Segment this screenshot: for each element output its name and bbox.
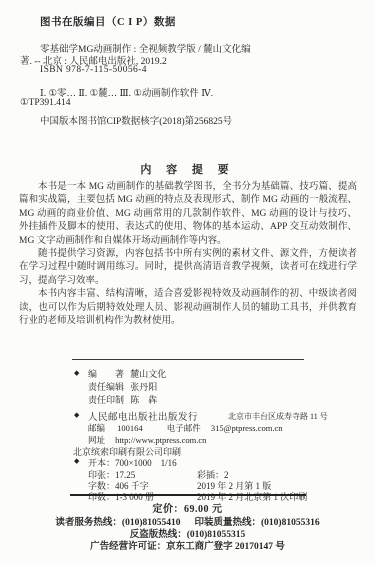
divider-rule-bottom [70, 494, 306, 496]
credit-value: 陈 犇 [130, 395, 157, 405]
abstract-paragraph-1: 本书是一本 MG 动画制作的基础教学图书，全书分为基础篇、技巧篇、提高篇和实战篇… [19, 181, 357, 248]
copyright-page: 图书在版编目（C I P）数据 零基础学MG动画制作 : 全视频教学版 / 麓山… [0, 0, 375, 565]
credit-label: 责任编辑 [88, 380, 128, 393]
cip-classification-line-2: ①TP391.414 [20, 97, 70, 108]
diamond-bullet-icon: ◆ [74, 411, 79, 419]
divider-rule-top [72, 359, 304, 360]
credit-label: 责任印制 [88, 393, 128, 406]
postal-label: 邮编 [88, 423, 105, 433]
credit-row-editor: 责任编辑 张丹阳 [88, 380, 157, 393]
credit-row-author: 编 著 麓山文化 [88, 367, 166, 380]
email-label: 电子邮件 [167, 423, 201, 433]
price: 定价：69.00 元 [0, 500, 375, 515]
email-value: 315@ptpress.com.cn [211, 423, 283, 433]
website-label: 网址 [88, 435, 105, 445]
website-value: http://www.ptpress.com.cn [115, 435, 206, 445]
postal-code: 100164 [117, 423, 143, 433]
publisher-name: 人民邮电出版社出版发行 [88, 409, 198, 423]
credit-value: 麓山文化 [130, 369, 166, 379]
abstract-paragraph-2: 随书提供学习资源，内容包括书中所有实例的素材文件、源文件，方便读者在学习过程中随… [19, 248, 357, 288]
cip-registry-number: 中国版本图书馆CIP数据核字(2018)第256825号 [40, 113, 232, 127]
publisher-address: 北京市丰台区成寿寺路 11 号 [228, 411, 328, 422]
abstract-body: 本书是一本 MG 动画制作的基础教学图书，全书分为基础篇、技巧篇、提高篇和实战篇… [19, 181, 357, 328]
isbn-line: ISBN 978-7-115-50056-4 [40, 65, 147, 75]
ad-license: 广告经营许可证：京东工商广登字 20170147 号 [0, 538, 375, 552]
credit-label: 编 著 [88, 367, 128, 380]
abstract-paragraph-3: 本书内容丰富、结构清晰，适合喜爱影视特效及动画制作的初、中级读者阅读，也可以作为… [19, 288, 357, 328]
diamond-bullet-icon: ◆ [74, 457, 79, 465]
diamond-bullet-icon: ◆ [74, 369, 79, 377]
abstract-title: 内 容 提 要 [0, 161, 375, 177]
credit-value: 张丹阳 [130, 382, 157, 392]
cip-header: 图书在版编目（C I P）数据 [40, 14, 176, 29]
publisher-postal-line: 邮编 100164 电子邮件 315@ptpress.com.cn [88, 422, 282, 434]
credit-row-print-supervisor: 责任印制 陈 犇 [88, 393, 157, 406]
